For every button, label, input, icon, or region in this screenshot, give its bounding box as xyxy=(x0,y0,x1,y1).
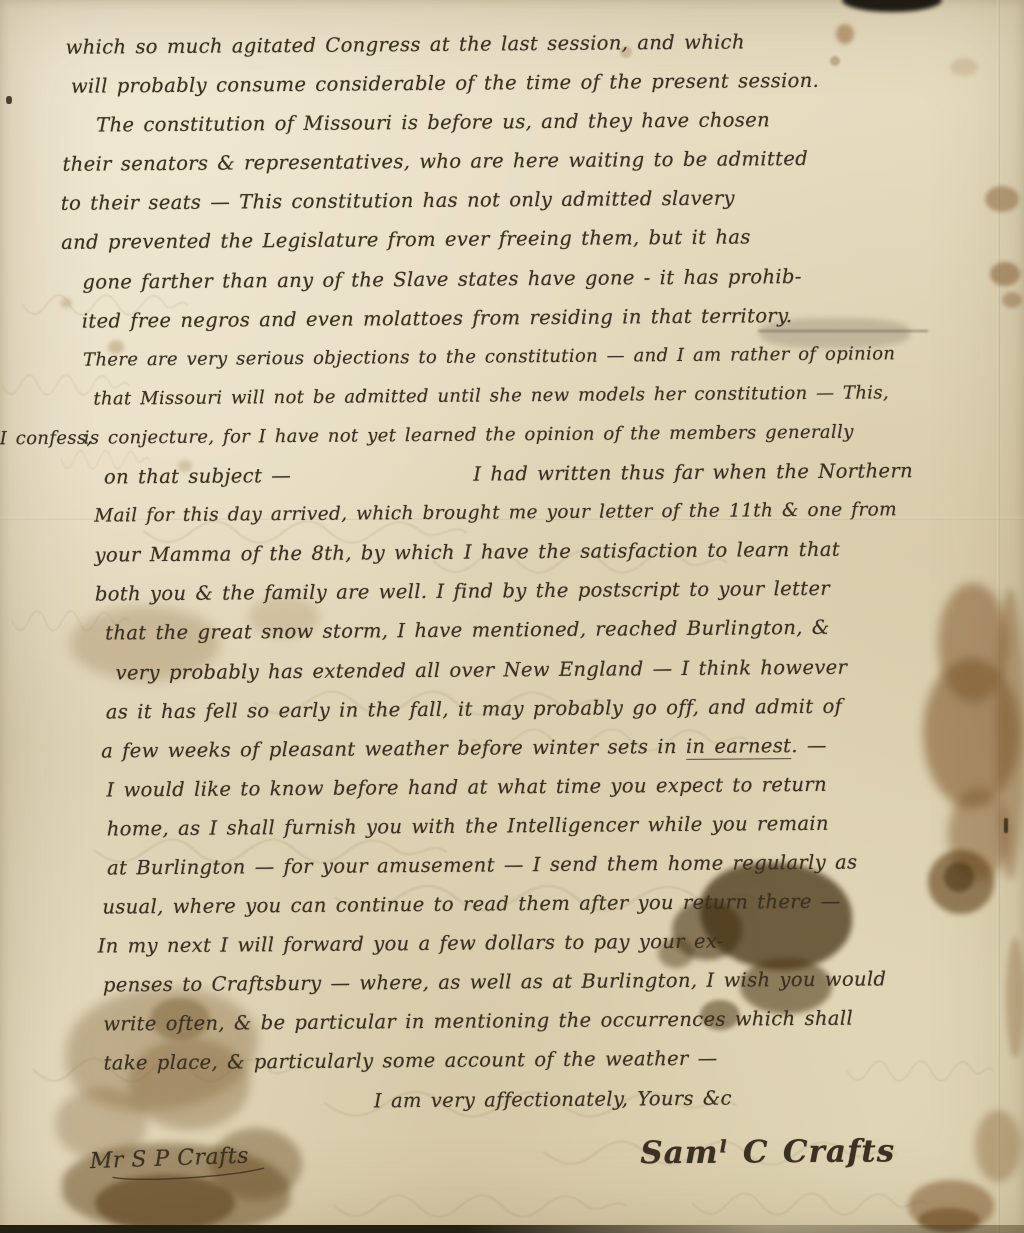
signature: Samˡ C Crafts xyxy=(640,1125,1014,1178)
ink-stain xyxy=(95,1175,235,1231)
letter-line-text: . — xyxy=(791,734,827,757)
ink-dot xyxy=(6,96,12,104)
bleedthrough-mark xyxy=(690,1190,930,1216)
addressee: Mr S P Crafts xyxy=(89,1143,268,1184)
closing-line: I am very affectionately, Yours &c xyxy=(374,1076,1014,1120)
scan-edge xyxy=(0,1225,1024,1233)
letter-line-text: is conjecture, for I have not yet learne… xyxy=(84,422,854,449)
letter-body: which so much agitated Congress at the l… xyxy=(83,20,1014,1182)
letter-line-text: a few weeks of pleasant weather before w… xyxy=(101,735,686,763)
ink-blot xyxy=(842,0,942,12)
letter-line-text: on that subject — xyxy=(104,456,291,497)
bleedthrough-mark xyxy=(330,1192,630,1218)
letter-line-text: I had written thus far when the Northern xyxy=(473,451,913,494)
ink-stain xyxy=(60,298,72,308)
underlined-phrase: in earnest xyxy=(686,734,792,760)
margin-note: I confess, xyxy=(0,419,93,459)
letter-page: which so much agitated Congress at the l… xyxy=(0,0,1024,1233)
